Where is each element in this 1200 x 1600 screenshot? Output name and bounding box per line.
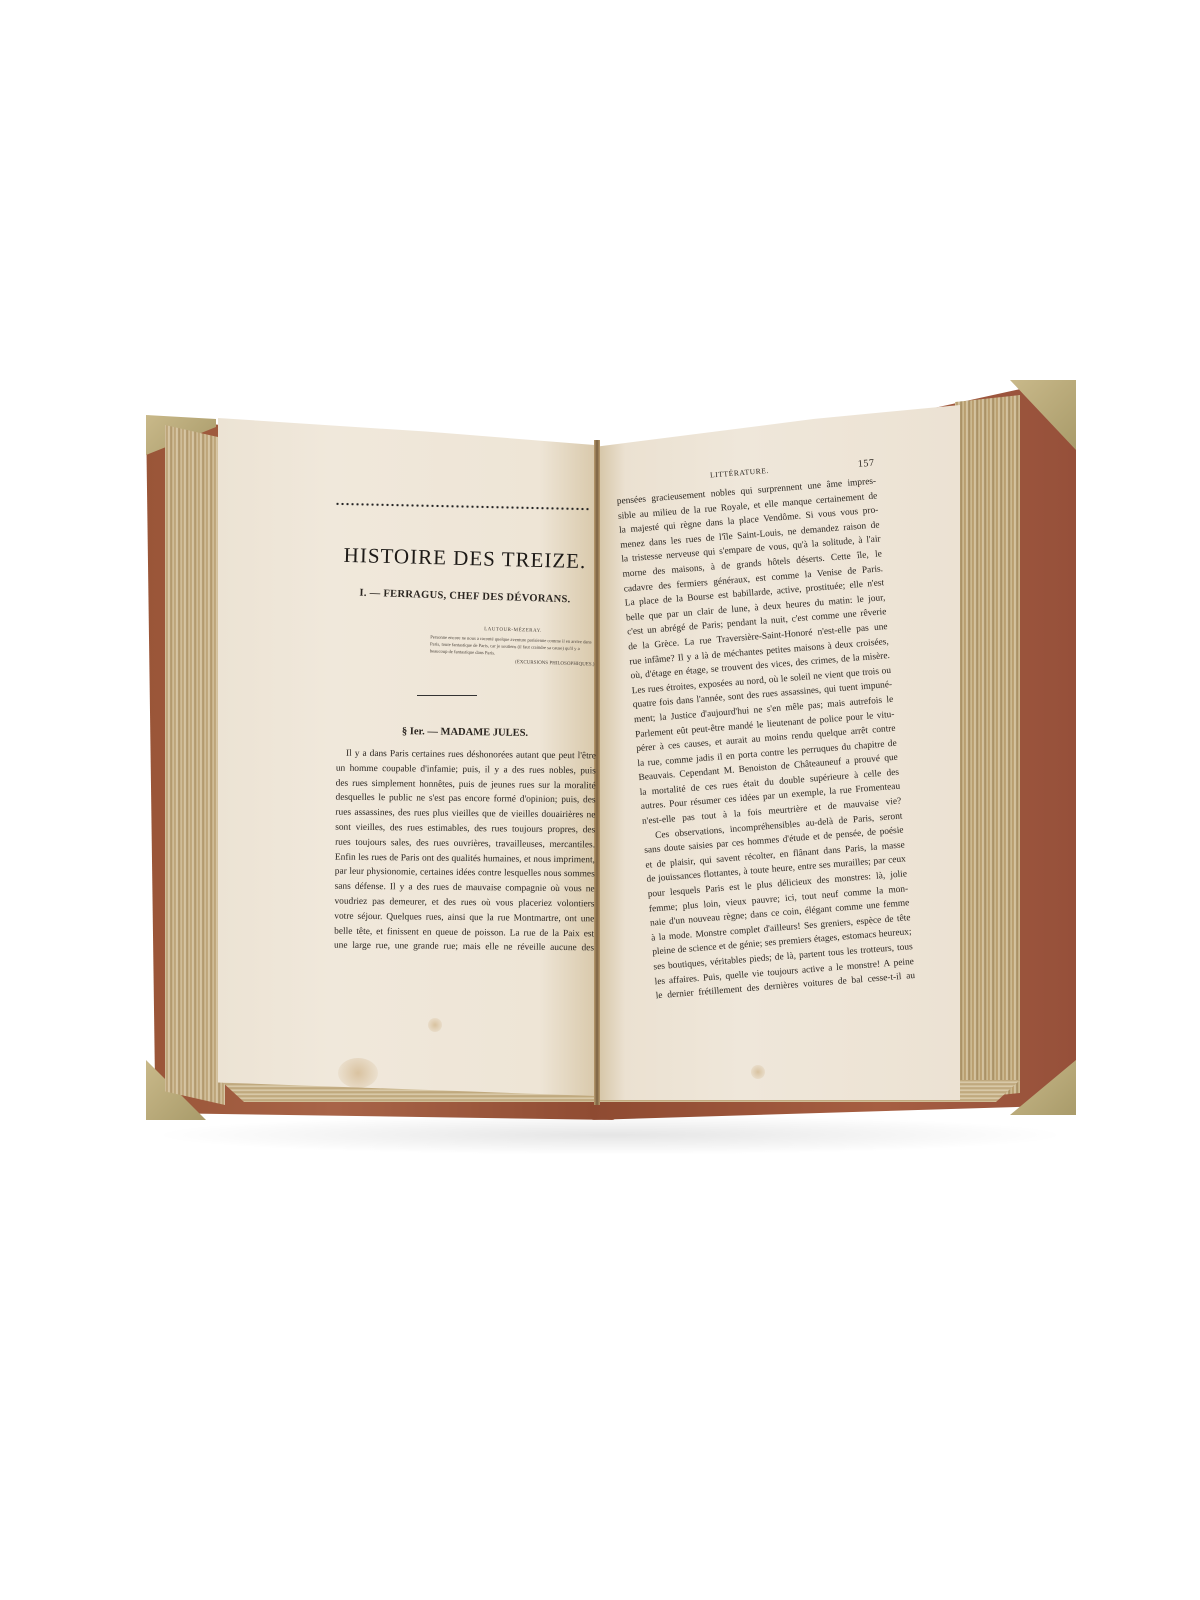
left-page-content: HISTOIRE DES TREIZE. I. — FERRAGUS, CHEF… [335, 505, 595, 955]
ornamental-rule [417, 695, 477, 699]
text-line: une large rue, une grande rue; mais elle… [334, 939, 594, 957]
foxing-stain [338, 1058, 378, 1088]
epigraph-source: (EXCURSIONS PHILOSOPHIQUES.) [429, 657, 594, 667]
epigraph-quote: Personne encore ne nous a raconté quelqu… [430, 633, 596, 659]
epigraph: LAUTOUR-MÉZERAY. Personne encore ne nous… [429, 625, 595, 667]
left-body-text: Il y a dans Paris certaines rues déshono… [334, 747, 596, 957]
foxing-stain [428, 1018, 442, 1032]
book-shadow [150, 1115, 1070, 1155]
page-edges-left [165, 425, 225, 1105]
page-number: 157 [857, 458, 875, 470]
section-heading: § Ier. — MADAME JULES. [335, 725, 595, 740]
chapter-title: HISTOIRE DES TREIZE. [335, 543, 596, 575]
right-page-content: LITTÉRATURE. 157 pensées gracieusement n… [615, 458, 916, 1005]
chapter-subtitle: I. — FERRAGUS, CHEF DES DÉVORANS. [335, 587, 595, 606]
foxing-stain [751, 1065, 765, 1079]
photo-scene: HISTOIRE DES TREIZE. I. — FERRAGUS, CHEF… [0, 0, 1200, 1600]
page-edges-right [955, 395, 1020, 1100]
right-body-text: pensées gracieusement nobles qui surpren… [616, 475, 915, 1005]
